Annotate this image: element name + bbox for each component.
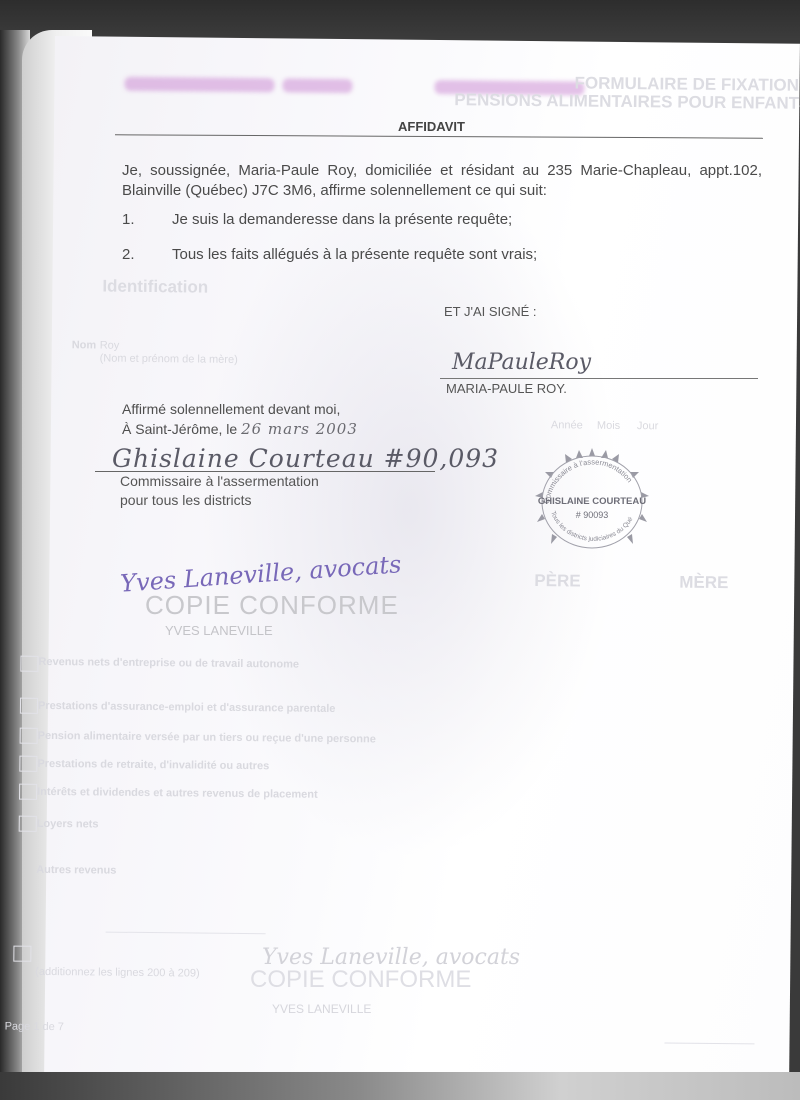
handwritten-date: 26 mars 2003 [241,420,358,438]
ink-smear [282,78,352,93]
signer-signature: MaPauleRoy [452,350,591,375]
ghost-name-label: Nom [72,339,97,351]
ghost-line-box [19,756,37,772]
ghost-income-line: Intérêts et dividendes et autres revenus… [37,786,318,801]
ghost-income-line: Autres revenus [36,864,116,877]
affirmation-block: Affirmé solennellement devant moi, À Sai… [122,399,358,439]
scan-border-bottom [0,1072,800,1100]
ghost-column-father: PÈRE [534,571,581,591]
ghost-line-box [20,656,38,672]
seal-number: # 90093 [576,510,609,520]
statement-number: 1. [122,211,172,228]
commissioner-title: Commissaire à l'assermentation [120,472,319,491]
ghost-section-identification: Identification [102,277,208,298]
ghost-header-line2: PENSIONS ALIMENTAIRES POUR ENFANTS [454,90,800,114]
ghost-income-line: Prestations de retraite, d'invalidité ou… [37,758,269,772]
ghost-name-value: Roy [100,339,120,351]
ghost-total-note: (additionnez les lignes 200 à 209) [35,966,200,980]
ghost-line-box [19,784,37,800]
certified-copy-name: YVES LANEVILLE [165,623,273,638]
commissioner-signature: Ghislaine Courteau #90,093 [112,444,499,473]
statement-text: Je suis la demanderesse dans la présente… [172,211,512,228]
place-prefix: À Saint-Jérôme, le [122,421,237,437]
svg-text:Tous les districts judiciaires: Tous les districts judiciaires du Québec [527,446,635,543]
signed-label: ET J'AI SIGNÉ : [444,304,537,319]
ghost-line-box [13,946,31,962]
ghost-footer-box [664,1042,754,1056]
ghost-line-box [20,728,38,744]
ghost-date-year: Année [551,419,583,431]
document-title: AFFIDAVIT [398,119,465,134]
ghost-income-line: Prestations d'assurance-emploi et d'assu… [38,700,336,715]
ghost-rule [106,932,266,935]
seal-name: GHISLAINE COURTEAU [538,496,646,507]
ghost-column-mother: MÈRE [679,573,728,594]
ghost-line-box [19,816,37,832]
ghost-date-month: Mois [597,420,620,432]
commissioner-seal: Commissaire à l'assermentation GHISLAINE… [527,446,657,558]
ghost-date-day: Jour [637,420,659,432]
ghost-copy-name: YVES LANEVILLE [272,1002,371,1016]
statement-2: 2.Tous les faits allégués à la présente … [122,246,537,263]
statement-text: Tous les faits allégués à la présente re… [172,246,537,263]
declaration-paragraph: Je, soussignée, Maria-Paule Roy, domicil… [122,161,762,201]
ghost-income-line: Revenus nets d'entreprise ou de travail … [38,656,299,671]
ghost-income-line: Pension alimentaire versée par un tiers … [38,730,376,746]
statement-1: 1.Je suis la demanderesse dans la présen… [122,211,512,228]
ghost-name-note: (Nom et prénom de la mère) [100,352,238,365]
signature-line [440,378,758,379]
ink-smear [124,77,274,93]
scan-border-top [0,0,800,40]
commissioner-scope: pour tous les districts [120,491,319,510]
ghost-copy-stamp: COPIE CONFORME [250,966,471,994]
ghost-line-box [20,698,38,714]
statement-number: 2. [122,246,172,263]
certified-copy-stamp: COPIE CONFORME [145,590,399,621]
commissioner-block: Commissaire à l'assermentation pour tous… [120,472,319,510]
ghost-page-number: Page 1 de 7 [5,1021,64,1034]
seal-bottom-arc: Tous les districts judiciaires du Québec [527,446,635,543]
affirmed-line: Affirmé solennellement devant moi, [122,399,358,419]
ghost-income-line: Loyers nets [37,818,99,831]
signer-name: MARIA-PAULE ROY. [446,381,567,396]
place-date-line: À Saint-Jérôme, le 26 mars 2003 [122,419,358,439]
